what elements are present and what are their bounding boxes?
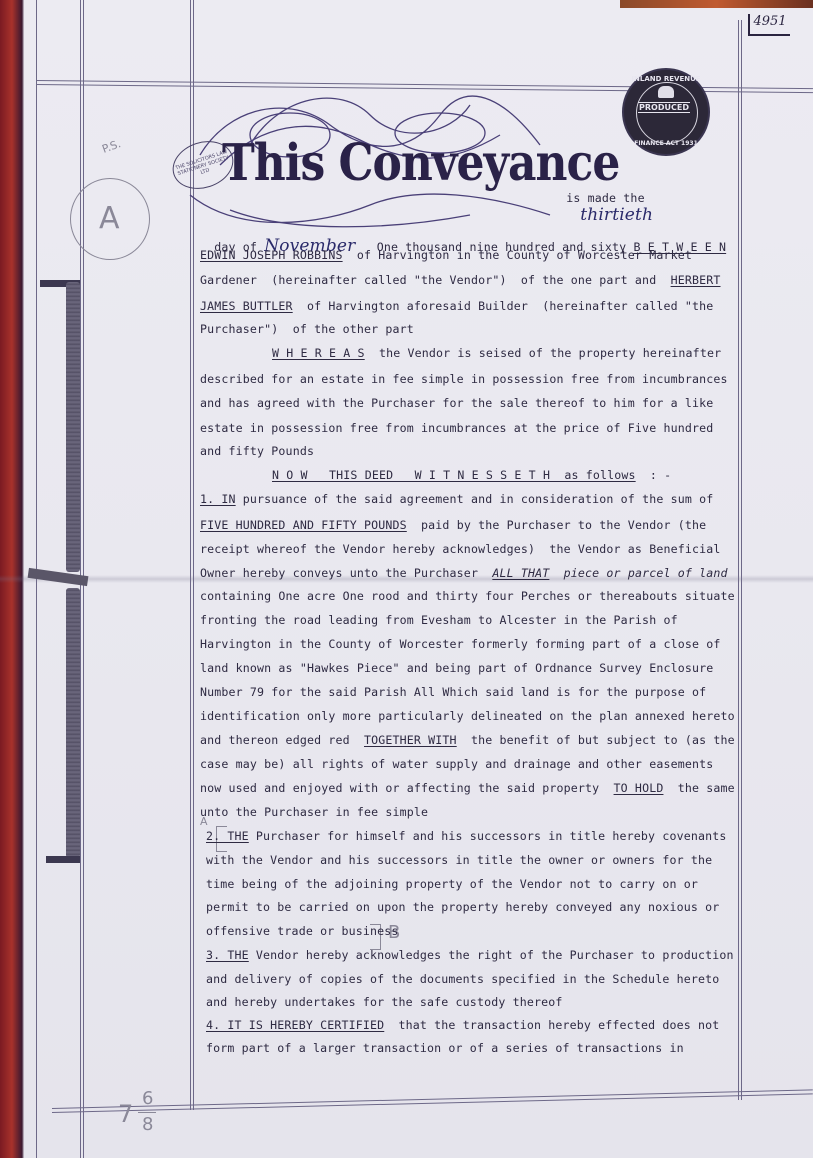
text: pursuance of the said agreement and in c…	[236, 492, 714, 506]
text: Owner hereby conveys unto the Purchaser	[200, 566, 492, 580]
to-hold-heading: TO HOLD	[614, 781, 664, 795]
text: Vendor hereby acknowledges the right of …	[249, 948, 734, 962]
ribbon	[66, 282, 80, 572]
stamp-bottom-text: FINANCE ACT 1931	[624, 140, 708, 147]
body-line: containing One acre One rood and thirty …	[200, 589, 735, 603]
body-line: fronting the road leading from Evesham t…	[200, 613, 678, 627]
body-line: time being of the adjoining property of …	[206, 877, 698, 891]
clause-number: 3. THE	[206, 948, 249, 962]
body-line: Number 79 for the said Parish All Which …	[200, 685, 706, 699]
body-line: estate in possession free from incumbran…	[200, 421, 713, 435]
body-line: identification only more particularly de…	[200, 709, 735, 723]
text: of Harvington in the County of Worcester…	[343, 248, 692, 262]
body-line: 4. IT IS HEREBY CERTIFIED that the trans…	[206, 1018, 719, 1032]
clause-number: 1. IN	[200, 492, 236, 506]
text: Purchaser for himself and his successors…	[249, 829, 727, 843]
body-line: permit to be carried on upon the propert…	[206, 900, 719, 914]
reference-number: 4951	[748, 14, 790, 36]
body-line: JAMES BUTTLER of Harvington aforesaid Bu…	[200, 299, 713, 313]
title-suffix: is made the thirtieth	[552, 177, 653, 225]
body-line: and thereon edged red TOGETHER WITH the …	[200, 733, 735, 747]
body-line: FIVE HUNDRED AND FIFTY POUNDS paid by th…	[200, 518, 706, 532]
body-line: Purchaser") of the other part	[200, 322, 414, 336]
inland-revenue-stamp: INLAND REVENUE PRODUCED FINANCE ACT 1931	[622, 68, 710, 156]
fraction-denominator: 8	[142, 1114, 153, 1135]
body-line: with the Vendor and his successors in ti…	[206, 853, 712, 867]
circled-letter-text: A	[99, 201, 120, 236]
ribbon-bottom	[46, 856, 80, 863]
body-line: 2. THE Purchaser for himself and his suc…	[206, 829, 727, 843]
text: the benefit of but subject to (as the	[457, 733, 735, 747]
text: of Harvington aforesaid Builder (hereina…	[293, 299, 714, 313]
clause-number: 4. IT IS HEREBY CERTIFIED	[206, 1018, 384, 1032]
text: : -	[636, 468, 672, 482]
text: the Vendor is seised of the property her…	[365, 346, 722, 360]
body-line: Gardener (hereinafter called "the Vendor…	[200, 273, 721, 287]
body-line: and fifty Pounds	[200, 444, 314, 458]
body-line: and hereby undertakes for the safe custo…	[206, 995, 563, 1009]
text: that the transaction hereby effected doe…	[384, 1018, 719, 1032]
fraction-numerator: 6	[142, 1088, 153, 1109]
clause-number: 2. THE	[206, 829, 249, 843]
body-line: receipt whereof the Vendor hereby acknow…	[200, 542, 721, 556]
body-line: form part of a larger transaction or of …	[206, 1041, 684, 1055]
title-suffix-text: is made the	[566, 191, 644, 205]
body-line: and delivery of copies of the documents …	[206, 972, 719, 986]
text: now used and enjoyed with or affecting t…	[200, 781, 614, 795]
margin-rule	[741, 20, 742, 1100]
text: paid by the Purchaser to the Vendor (the	[407, 518, 706, 532]
body-line: unto the Purchaser in fee simple	[200, 805, 428, 819]
body-line: N O W THIS DEED W I T N E S S E T H as f…	[272, 468, 671, 482]
purchaser-name: HERBERT	[671, 273, 721, 287]
all-that-heading: ALL THAT	[492, 566, 549, 580]
body-line: 1. IN pursuance of the said agreement an…	[200, 492, 713, 506]
crown-icon	[658, 86, 674, 98]
sum-amount: FIVE HUNDRED AND FIFTY POUNDS	[200, 518, 407, 532]
witnesseth-heading: N O W THIS DEED W I T N E S S E T H as f…	[272, 468, 636, 482]
body-line: Harvington in the County of Worcester fo…	[200, 637, 721, 651]
fraction-bar	[138, 1112, 156, 1113]
body-line: W H E R E A S the Vendor is seised of th…	[272, 346, 721, 360]
text: and thereon edged red	[200, 733, 364, 747]
body-line: case may be) all rights of water supply …	[200, 757, 713, 771]
body-line: now used and enjoyed with or affecting t…	[200, 781, 735, 795]
body-line: offensive trade or business	[206, 924, 399, 938]
text: the same	[663, 781, 734, 795]
body-line: land known as "Hawkes Piece" and being p…	[200, 661, 713, 675]
text: Gardener (hereinafter called "the Vendor…	[200, 273, 671, 287]
vendor-name: EDWIN JOSEPH ROBBINS	[200, 248, 343, 262]
body-line: Owner hereby conveys unto the Purchaser …	[200, 566, 728, 580]
together-with-heading: TOGETHER WITH	[364, 733, 457, 747]
body-line: and has agreed with the Purchaser for th…	[200, 396, 713, 410]
background-fabric	[620, 0, 813, 8]
purchaser-name: JAMES BUTTLER	[200, 299, 293, 313]
fraction-whole: 7	[118, 1100, 133, 1128]
whereas-heading: W H E R E A S	[272, 346, 365, 360]
ribbon	[66, 588, 80, 858]
stamp-produced: PRODUCED	[638, 102, 690, 113]
body-line: EDWIN JOSEPH ROBBINS of Harvington in th…	[200, 248, 692, 262]
margin-rule	[738, 20, 739, 1100]
text: piece or parcel of land	[549, 566, 727, 580]
body-line: 3. THE Vendor hereby acknowledges the ri…	[206, 948, 734, 962]
body-line: described for an estate in fee simple in…	[200, 372, 728, 386]
circled-letter: A	[70, 178, 150, 260]
